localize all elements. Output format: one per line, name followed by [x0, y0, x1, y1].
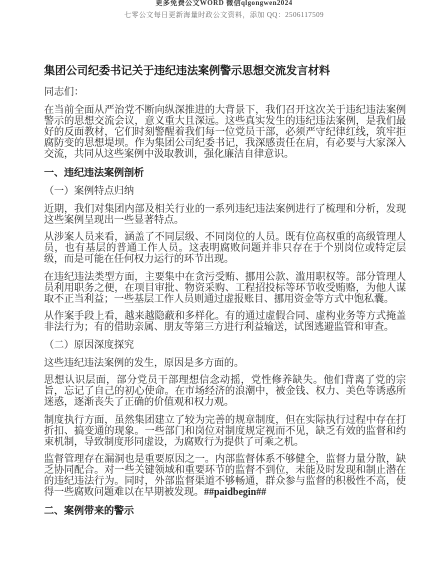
- text-run: 在当前全面从严治党不断向纵深推进的大背景下，我们召开这次关于违纪违法案例警示的思…: [44, 105, 406, 160]
- text-run: （一）案例特点归纳: [44, 186, 134, 197]
- salutation-line: 同志们：: [44, 87, 406, 98]
- text-run: 二、案例带来的警示: [44, 506, 134, 517]
- paragraph: 在违纪违法类型方面，主要集中在贪污受贿、挪用公款、滥用职权等。部分管理人员利用职…: [44, 272, 406, 305]
- text-run: 同志们：: [44, 87, 84, 98]
- text-run: 在违纪违法类型方面，主要集中在贪污受贿、挪用公款、滥用职权等。部分管理人员利用职…: [44, 272, 406, 305]
- paragraph: 监督管理存在漏洞也是重要原因之一。内部监督体系不够健全，监督力量分散，缺乏协同配…: [44, 454, 406, 498]
- text-run: 思想认识层面，部分党员干部理想信念动摇，党性修养缺失。他们背离了党的宗旨，忘记了…: [44, 375, 406, 408]
- header-watermark-line1: 更多免费公文WORD 微信qlgongwen2024: [0, 0, 448, 8]
- text-run: 从作案手段上看，越来越隐蔽和多样化。有的通过虚假合同、虚构业务等方式掩盖非法行为…: [44, 311, 406, 333]
- text-run: 这些违纪违法案例的发生，原因是多方面的。: [44, 358, 244, 369]
- subsection-heading: （一）案例特点归纳: [44, 186, 406, 197]
- paragraph: 制度执行方面，虽然集团建立了较为完善的规章制度，但在实际执行过程中存在打折扣、搞…: [44, 415, 406, 448]
- paragraph: 从作案手段上看，越来越隐蔽和多样化。有的通过虚假合同、虚构业务等方式掩盖非法行为…: [44, 311, 406, 333]
- subsection-heading: （二）原因深度探究: [44, 340, 406, 351]
- document-page: 更多免费公文WORD 微信qlgongwen2024 七零公文每日更新海量时政公…: [0, 0, 448, 580]
- text-run: （二）原因深度探究: [44, 340, 134, 351]
- paragraph: 在当前全面从严治党不断向纵深推进的大背景下，我们召开这次关于违纪违法案例警示的思…: [44, 105, 406, 160]
- header-watermark-line2: 七零公文每日更新海量时政公文资料，添加 QQ：2506117509: [0, 10, 448, 20]
- section-heading: 一、违纪违法案例剖析: [44, 168, 406, 179]
- paragraph: 这些违纪违法案例的发生，原因是多方面的。: [44, 358, 406, 369]
- page-header-watermark: 更多免费公文WORD 微信qlgongwen2024 七零公文每日更新海量时政公…: [0, 0, 448, 20]
- paid-begin-marker: ##paidbegin##: [204, 487, 266, 498]
- section-heading: 二、案例带来的警示: [44, 506, 406, 517]
- paragraph: 近期，我们对集团内部及相关行业的一系列违纪违法案例进行了梳理和分析，发现这些案例…: [44, 204, 406, 226]
- text-run: 一、违纪违法案例剖析: [44, 168, 144, 179]
- text-run: 制度执行方面，虽然集团建立了较为完善的规章制度，但在实际执行过程中存在打折扣、搞…: [44, 415, 406, 448]
- paragraph: 从涉案人员来看，涵盖了不同层级、不同岗位的人员。既有位高权重的高级管理人员，也有…: [44, 232, 406, 265]
- document-body: 同志们：在当前全面从严治党不断向纵深推进的大背景下，我们召开这次关于违纪违法案例…: [44, 87, 406, 517]
- paragraph: 思想认识层面，部分党员干部理想信念动摇，党性修养缺失。他们背离了党的宗旨，忘记了…: [44, 375, 406, 408]
- document-content: 集团公司纪委书记关于违纪违法案例警示思想交流发言材料 同志们：在当前全面从严治党…: [44, 62, 406, 524]
- text-run: 从涉案人员来看，涵盖了不同层级、不同岗位的人员。既有位高权重的高级管理人员，也有…: [44, 232, 406, 265]
- text-run: 近期，我们对集团内部及相关行业的一系列违纪违法案例进行了梳理和分析，发现这些案例…: [44, 204, 406, 226]
- document-title: 集团公司纪委书记关于违纪违法案例警示思想交流发言材料: [44, 62, 406, 78]
